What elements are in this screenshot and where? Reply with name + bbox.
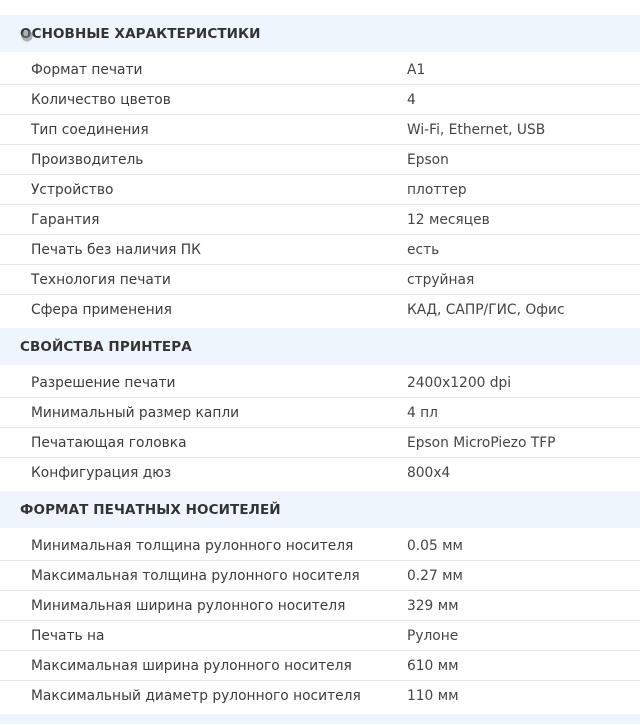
spec-value: 12 месяцев <box>407 212 640 228</box>
spec-label: Минимальная ширина рулонного носителя <box>0 598 407 614</box>
spec-label: Максимальная толщина рулонного носителя <box>0 568 407 584</box>
spec-value: 610 мм <box>407 658 640 674</box>
section-title: ОСНОВНЫЕ ХАРАКТЕРИСТИКИ <box>20 26 261 42</box>
bottom-strip <box>0 714 640 724</box>
spec-value: 0.27 мм <box>407 568 640 584</box>
spec-row: Печать наРулоне <box>0 621 640 651</box>
section-title: ФОРМАТ ПЕЧАТНЫХ НОСИТЕЛЕЙ <box>20 502 281 518</box>
spec-row: ПроизводительEpson <box>0 145 640 175</box>
section-header-main: ОСНОВНЫЕ ХАРАКТЕРИСТИКИ <box>0 15 640 52</box>
spec-label: Печать на <box>0 628 407 644</box>
spec-row: Технология печатиструйная <box>0 265 640 295</box>
spec-label: Сфера применения <box>0 302 407 318</box>
top-spacer <box>0 0 640 15</box>
spec-value: Wi-Fi, Ethernet, USB <box>407 122 640 138</box>
spec-value: 800x4 <box>407 465 640 481</box>
spec-label: Разрешение печати <box>0 375 407 391</box>
spec-label: Максимальная ширина рулонного носителя <box>0 658 407 674</box>
spec-row: Сфера примененияКАД, САПР/ГИС, Офис <box>0 295 640 325</box>
spec-row: Максимальная ширина рулонного носителя61… <box>0 651 640 681</box>
spec-value: 4 пл <box>407 405 640 421</box>
spec-label: Конфигурация дюз <box>0 465 407 481</box>
spec-label: Тип соединения <box>0 122 407 138</box>
spec-value: струйная <box>407 272 640 288</box>
spec-value: 4 <box>407 92 640 108</box>
section-header-printer: СВОЙСТВА ПРИНТЕРА <box>0 328 640 365</box>
spec-row: Минимальная толщина рулонного носителя0.… <box>0 531 640 561</box>
spec-value: есть <box>407 242 640 258</box>
specs-section-printer: СВОЙСТВА ПРИНТЕРА Разрешение печати2400x… <box>0 328 640 491</box>
spec-value: 329 мм <box>407 598 640 614</box>
spec-row: Количество цветов4 <box>0 85 640 115</box>
spec-value: Epson <box>407 152 640 168</box>
spec-row: Конфигурация дюз800x4 <box>0 458 640 488</box>
spec-label: Формат печати <box>0 62 407 78</box>
spec-row: Печать без наличия ПКесть <box>0 235 640 265</box>
spec-row: Гарантия12 месяцев <box>0 205 640 235</box>
spec-row: Минимальная ширина рулонного носителя329… <box>0 591 640 621</box>
spec-label: Количество цветов <box>0 92 407 108</box>
spec-row: Разрешение печати2400x1200 dpi <box>0 368 640 398</box>
spec-label: Печатающая головка <box>0 435 407 451</box>
spec-value: 2400x1200 dpi <box>407 375 640 391</box>
spec-value: 0.05 мм <box>407 538 640 554</box>
spec-label: Минимальная толщина рулонного носителя <box>0 538 407 554</box>
spec-row: Печатающая головкаEpson MicroPiezo TFP <box>0 428 640 458</box>
spec-label: Печать без наличия ПК <box>0 242 407 258</box>
spec-value: плоттер <box>407 182 640 198</box>
spec-label: Гарантия <box>0 212 407 228</box>
section-header-media: ФОРМАТ ПЕЧАТНЫХ НОСИТЕЛЕЙ <box>0 491 640 528</box>
specs-section-media: ФОРМАТ ПЕЧАТНЫХ НОСИТЕЛЕЙ Минимальная то… <box>0 491 640 714</box>
spec-row: Максимальная толщина рулонного носителя0… <box>0 561 640 591</box>
specs-section-main: ОСНОВНЫЕ ХАРАКТЕРИСТИКИ Формат печатиA1 … <box>0 15 640 328</box>
spec-label: Минимальный размер капли <box>0 405 407 421</box>
spec-row: Устройствоплоттер <box>0 175 640 205</box>
spec-label: Технология печати <box>0 272 407 288</box>
spec-label: Максимальный диаметр рулонного носителя <box>0 688 407 704</box>
spec-row: Формат печатиA1 <box>0 55 640 85</box>
spec-value: КАД, САПР/ГИС, Офис <box>407 302 640 318</box>
spec-table-printer: Разрешение печати2400x1200 dpi Минимальн… <box>0 365 640 491</box>
spec-row: Тип соединенияWi-Fi, Ethernet, USB <box>0 115 640 145</box>
spec-label: Производитель <box>0 152 407 168</box>
spec-row: Минимальный размер капли4 пл <box>0 398 640 428</box>
spec-table-main: Формат печатиA1 Количество цветов4 Тип с… <box>0 52 640 328</box>
spec-row: Максимальный диаметр рулонного носителя1… <box>0 681 640 711</box>
spec-label: Устройство <box>0 182 407 198</box>
spec-value: Epson MicroPiezo TFP <box>407 435 640 451</box>
spec-value: 110 мм <box>407 688 640 704</box>
spec-table-media: Минимальная толщина рулонного носителя0.… <box>0 528 640 714</box>
watermark-icon <box>20 29 34 46</box>
spec-value: Рулоне <box>407 628 640 644</box>
section-title: СВОЙСТВА ПРИНТЕРА <box>20 339 192 355</box>
spec-value: A1 <box>407 62 640 78</box>
